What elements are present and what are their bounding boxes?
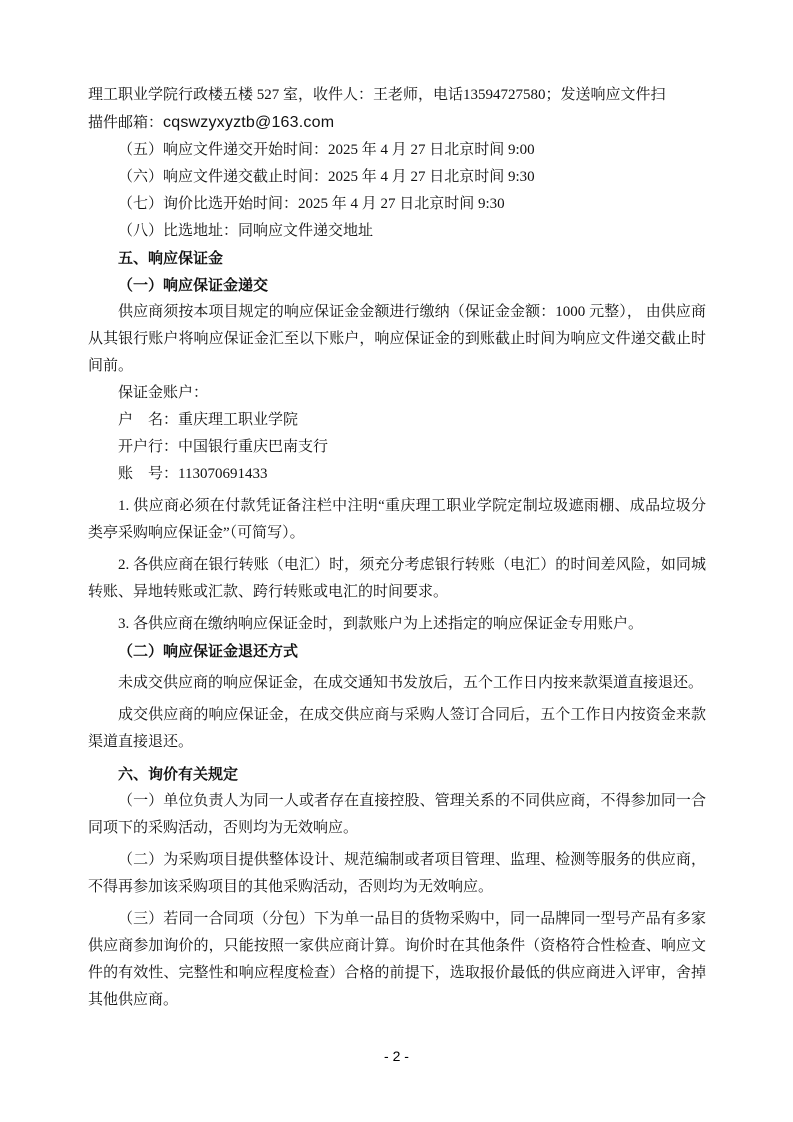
refund-paragraph-1: 未成交供应商的响应保证金，在成交通知书发放后，五个工作日内按来款渠道直接退还。 [88, 670, 706, 697]
response-email: cqswzyxyztb@163.com [163, 114, 334, 131]
schedule-item-6: （六）响应文件递交截止时间：2025 年 4 月 27 日北京时间 9:30 [88, 164, 706, 191]
deposit-payment-paragraph: 供应商须按本项目规定的响应保证金金额进行缴纳（保证金金额：1000 元整）， 由… [88, 299, 706, 380]
schedule-item-7: （七）询价比选开始时间：2025 年 4 月 27 日北京时间 9:30 [88, 191, 706, 218]
deposit-note-3: 3. 各供应商在缴纳响应保证金时，到款账户为上述指定的响应保证金专用账户。 [88, 611, 706, 638]
intro-line-1: 理工职业学院行政楼五楼 527 室，收件人：王老师，电话13594727580；… [88, 82, 706, 109]
intro-line-2-prefix: 描件邮箱： [88, 115, 163, 131]
section5-heading: 五、响应保证金 [88, 245, 706, 272]
section6-heading: 六、询价有关规定 [88, 761, 706, 788]
refund-paragraph-2: 成交供应商的响应保证金，在成交供应商与采购人签订合同后，五个工作日内按资金来款渠… [88, 702, 706, 756]
deposit-note-2: 2. 各供应商在银行转账（电汇）时，须充分考虑银行转账（电汇）的时间差风险，如同… [88, 552, 706, 606]
intro-line-2: 描件邮箱：cqswzyxyztb@163.com [88, 109, 706, 137]
page-number: - 2 - [0, 1043, 793, 1070]
account-number-line: 账 号：113070691433 [88, 461, 706, 488]
schedule-item-5: （五）响应文件递交开始时间：2025 年 4 月 27 日北京时间 9:00 [88, 137, 706, 164]
deposit-note-1: 1. 供应商必须在付款凭证备注栏中注明“重庆理工职业学院定制垃圾遮雨棚、成品垃圾… [88, 493, 706, 547]
section5-sub1-heading: （一）响应保证金递交 [88, 272, 706, 299]
section5-sub2-heading: （二）响应保证金退还方式 [88, 638, 706, 665]
inquiry-rule-2: （二）为采购项目提供整体设计、规范编制或者项目管理、监理、检测等服务的供应商，不… [88, 847, 706, 901]
inquiry-rule-1: （一）单位负责人为同一人或者存在直接控股、管理关系的不同供应商，不得参加同一合同… [88, 788, 706, 842]
document-page: 理工职业学院行政楼五楼 527 室，收件人：王老师，电话13594727580；… [0, 0, 793, 1122]
document-content: 理工职业学院行政楼五楼 527 室，收件人：王老师，电话13594727580；… [88, 82, 706, 1014]
bank-line: 开户行：中国银行重庆巴南支行 [88, 434, 706, 461]
deposit-account-label: 保证金账户： [88, 380, 706, 407]
inquiry-rule-3: （三）若同一合同项（分包）下为单一品目的货物采购中，同一品牌同一型号产品有多家供… [88, 906, 706, 1014]
schedule-item-8: （八）比选地址：同响应文件递交地址 [88, 218, 706, 245]
account-name-line: 户 名：重庆理工职业学院 [88, 407, 706, 434]
